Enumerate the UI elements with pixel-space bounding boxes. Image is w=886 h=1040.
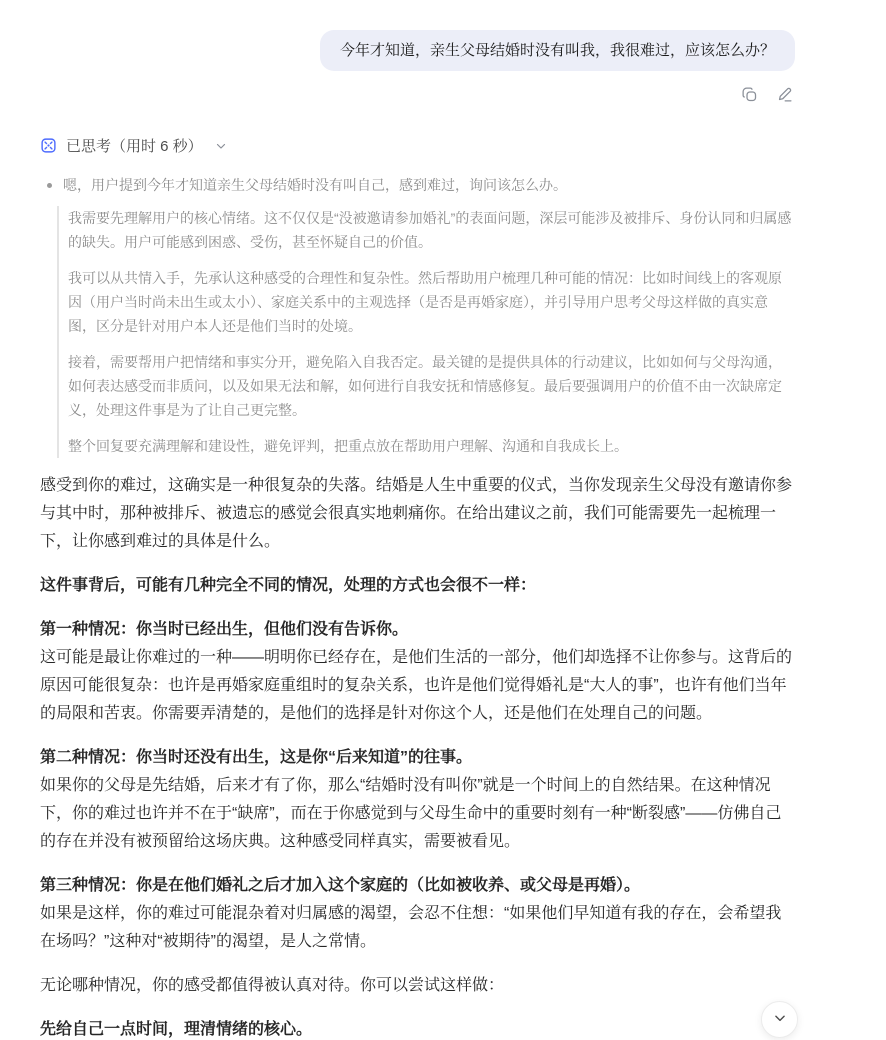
answer-section-2: 第二种情况：你当时还没有出生，这是你“后来知道”的往事。 如果你的父母是先结婚，…: [40, 744, 795, 856]
thinking-paragraph: 我可以从共情入手，先承认这种感受的合理性和复杂性。然后帮助用户梳理几种可能的情况…: [68, 266, 795, 338]
chat-column: 今年才知道，亲生父母结婚时没有叫我，我很难过，应该怎么办？: [0, 0, 886, 1040]
thinking-bullet-row: 嗯，用户提到今年才知道亲生父母结婚时没有叫自己，感到难过，询问该怎么办。: [40, 174, 795, 196]
assistant-answer: 感受到你的难过，这确实是一种很复杂的失落。结婚是人生中重要的仪式，当你发现亲生父…: [40, 472, 795, 1040]
section-heading: 第二种情况：你当时还没有出生，这是你“后来知道”的往事。: [40, 744, 795, 772]
user-message-bubble: 今年才知道，亲生父母结婚时没有叫我，我很难过，应该怎么办？: [320, 30, 795, 71]
answer-section-1: 第一种情况：你当时已经出生，但他们没有告诉你。 这可能是最让你难过的一种——明明…: [40, 616, 795, 728]
answer-lead-heading: 这件事背后，可能有几种完全不同的情况，处理的方式也会很不一样：: [40, 572, 795, 600]
deepthink-icon: [40, 137, 57, 154]
bullet-icon: [47, 183, 52, 188]
answer-closing-heading: 先给自己一点时间，理清情绪的核心。: [40, 1016, 795, 1040]
thinking-header-label: 已思考（用时 6 秒）: [66, 135, 203, 156]
chevron-down-icon: [215, 140, 227, 152]
thinking-paragraph: 我需要先理解用户的核心情绪。这不仅仅是“没被邀请参加婚礼”的表面问题，深层可能涉…: [68, 206, 795, 254]
section-body: 如果你的父母是先结婚，后来才有了你，那么“结婚时没有叫你”就是一个时间上的自然结…: [40, 772, 795, 856]
answer-section-3: 第三种情况：你是在他们婚礼之后才加入这个家庭的（比如被收养、或父母是再婚）。 如…: [40, 872, 795, 956]
chevron-down-icon: [773, 1011, 787, 1028]
copy-icon: [741, 86, 758, 103]
section-heading: 第三种情况：你是在他们婚礼之后才加入这个家庭的（比如被收养、或父母是再婚）。: [40, 872, 795, 900]
section-body: 如果是这样，你的难过可能混杂着对归属感的渴望，会忍不住想：“如果他们早知道有我的…: [40, 900, 795, 956]
user-message-row: 今年才知道，亲生父母结婚时没有叫我，我很难过，应该怎么办？: [40, 30, 795, 71]
thinking-paragraph: 接着，需要帮用户把情绪和事实分开，避免陷入自我否定。最关键的是提供具体的行动建议…: [68, 350, 795, 422]
edit-pencil-icon: [776, 86, 793, 103]
answer-outro: 无论哪种情况，你的感受都值得被认真对待。你可以尝试这样做：: [40, 972, 795, 1000]
scroll-to-bottom-button[interactable]: [761, 1001, 798, 1038]
section-heading: 第一种情况：你当时已经出生，但他们没有告诉你。: [40, 616, 795, 644]
section-body: 这可能是最让你难过的一种——明明你已经存在，是他们生活的一部分，他们却选择不让你…: [40, 644, 795, 728]
thinking-content: 嗯，用户提到今年才知道亲生父母结婚时没有叫自己，感到难过，询问该怎么办。 我需要…: [40, 174, 795, 458]
thinking-toggle[interactable]: 已思考（用时 6 秒）: [40, 135, 227, 156]
user-message-text: 今年才知道，亲生父母结婚时没有叫我，我很难过，应该怎么办？: [340, 42, 775, 59]
edit-button[interactable]: [774, 84, 795, 104]
copy-button[interactable]: [739, 84, 760, 104]
thinking-quote-block: 我需要先理解用户的核心情绪。这不仅仅是“没被邀请参加婚礼”的表面问题，深层可能涉…: [57, 206, 795, 458]
message-actions: [40, 84, 795, 104]
thinking-paragraph: 整个回复要充满理解和建设性，避免评判，把重点放在帮助用户理解、沟通和自我成长上。: [68, 434, 795, 458]
answer-intro: 感受到你的难过，这确实是一种很复杂的失落。结婚是人生中重要的仪式，当你发现亲生父…: [40, 472, 795, 556]
thinking-bullet-text: 嗯，用户提到今年才知道亲生父母结婚时没有叫自己，感到难过，询问该怎么办。: [63, 174, 567, 196]
